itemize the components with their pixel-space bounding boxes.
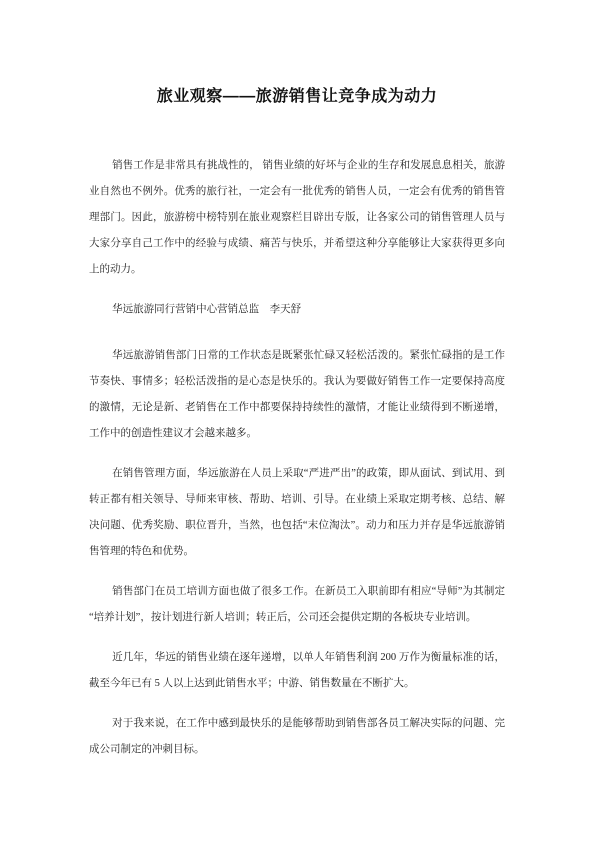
- paragraph-training: 销售部门在员工培训方面也做了很多工作。在新员工入职前即有相应“导师”为其制定“培…: [89, 579, 505, 631]
- paragraph-closing: 对于我来说，在工作中感到最快乐的是能够帮助到销售部各员工解决实际的问题、完成公司…: [89, 711, 505, 763]
- document-page: 旅业观察——旅游销售让竞争成为动力 销售工作是非常具有挑战性的， 销售业绩的好坏…: [0, 0, 595, 842]
- paragraph-management: 在销售管理方面，华远旅游在人员上采取“严进严出”的政策，即从面试、到试用、到转正…: [89, 461, 505, 565]
- document-body: 销售工作是非常具有挑战性的， 销售业绩的好坏与企业的生存和发展息息相关，旅游业自…: [89, 153, 505, 763]
- paragraph-performance: 近几年，华远的销售业绩在逐年递增，以单人年销售利润 200 万作为衡量标准的话，…: [89, 645, 505, 697]
- paragraph-intro: 销售工作是非常具有挑战性的， 销售业绩的好坏与企业的生存和发展息息相关，旅游业自…: [89, 153, 505, 283]
- paragraph-work-state: 华远旅游销售部门日常的工作状态是既紧张忙碌又轻松活泼的。紧张忙碌指的是工作节奏快…: [89, 343, 505, 447]
- document-title: 旅业观察——旅游销售让竞争成为动力: [89, 86, 505, 107]
- byline: 华远旅游同行营销中心营销总监 李天舒: [89, 297, 505, 323]
